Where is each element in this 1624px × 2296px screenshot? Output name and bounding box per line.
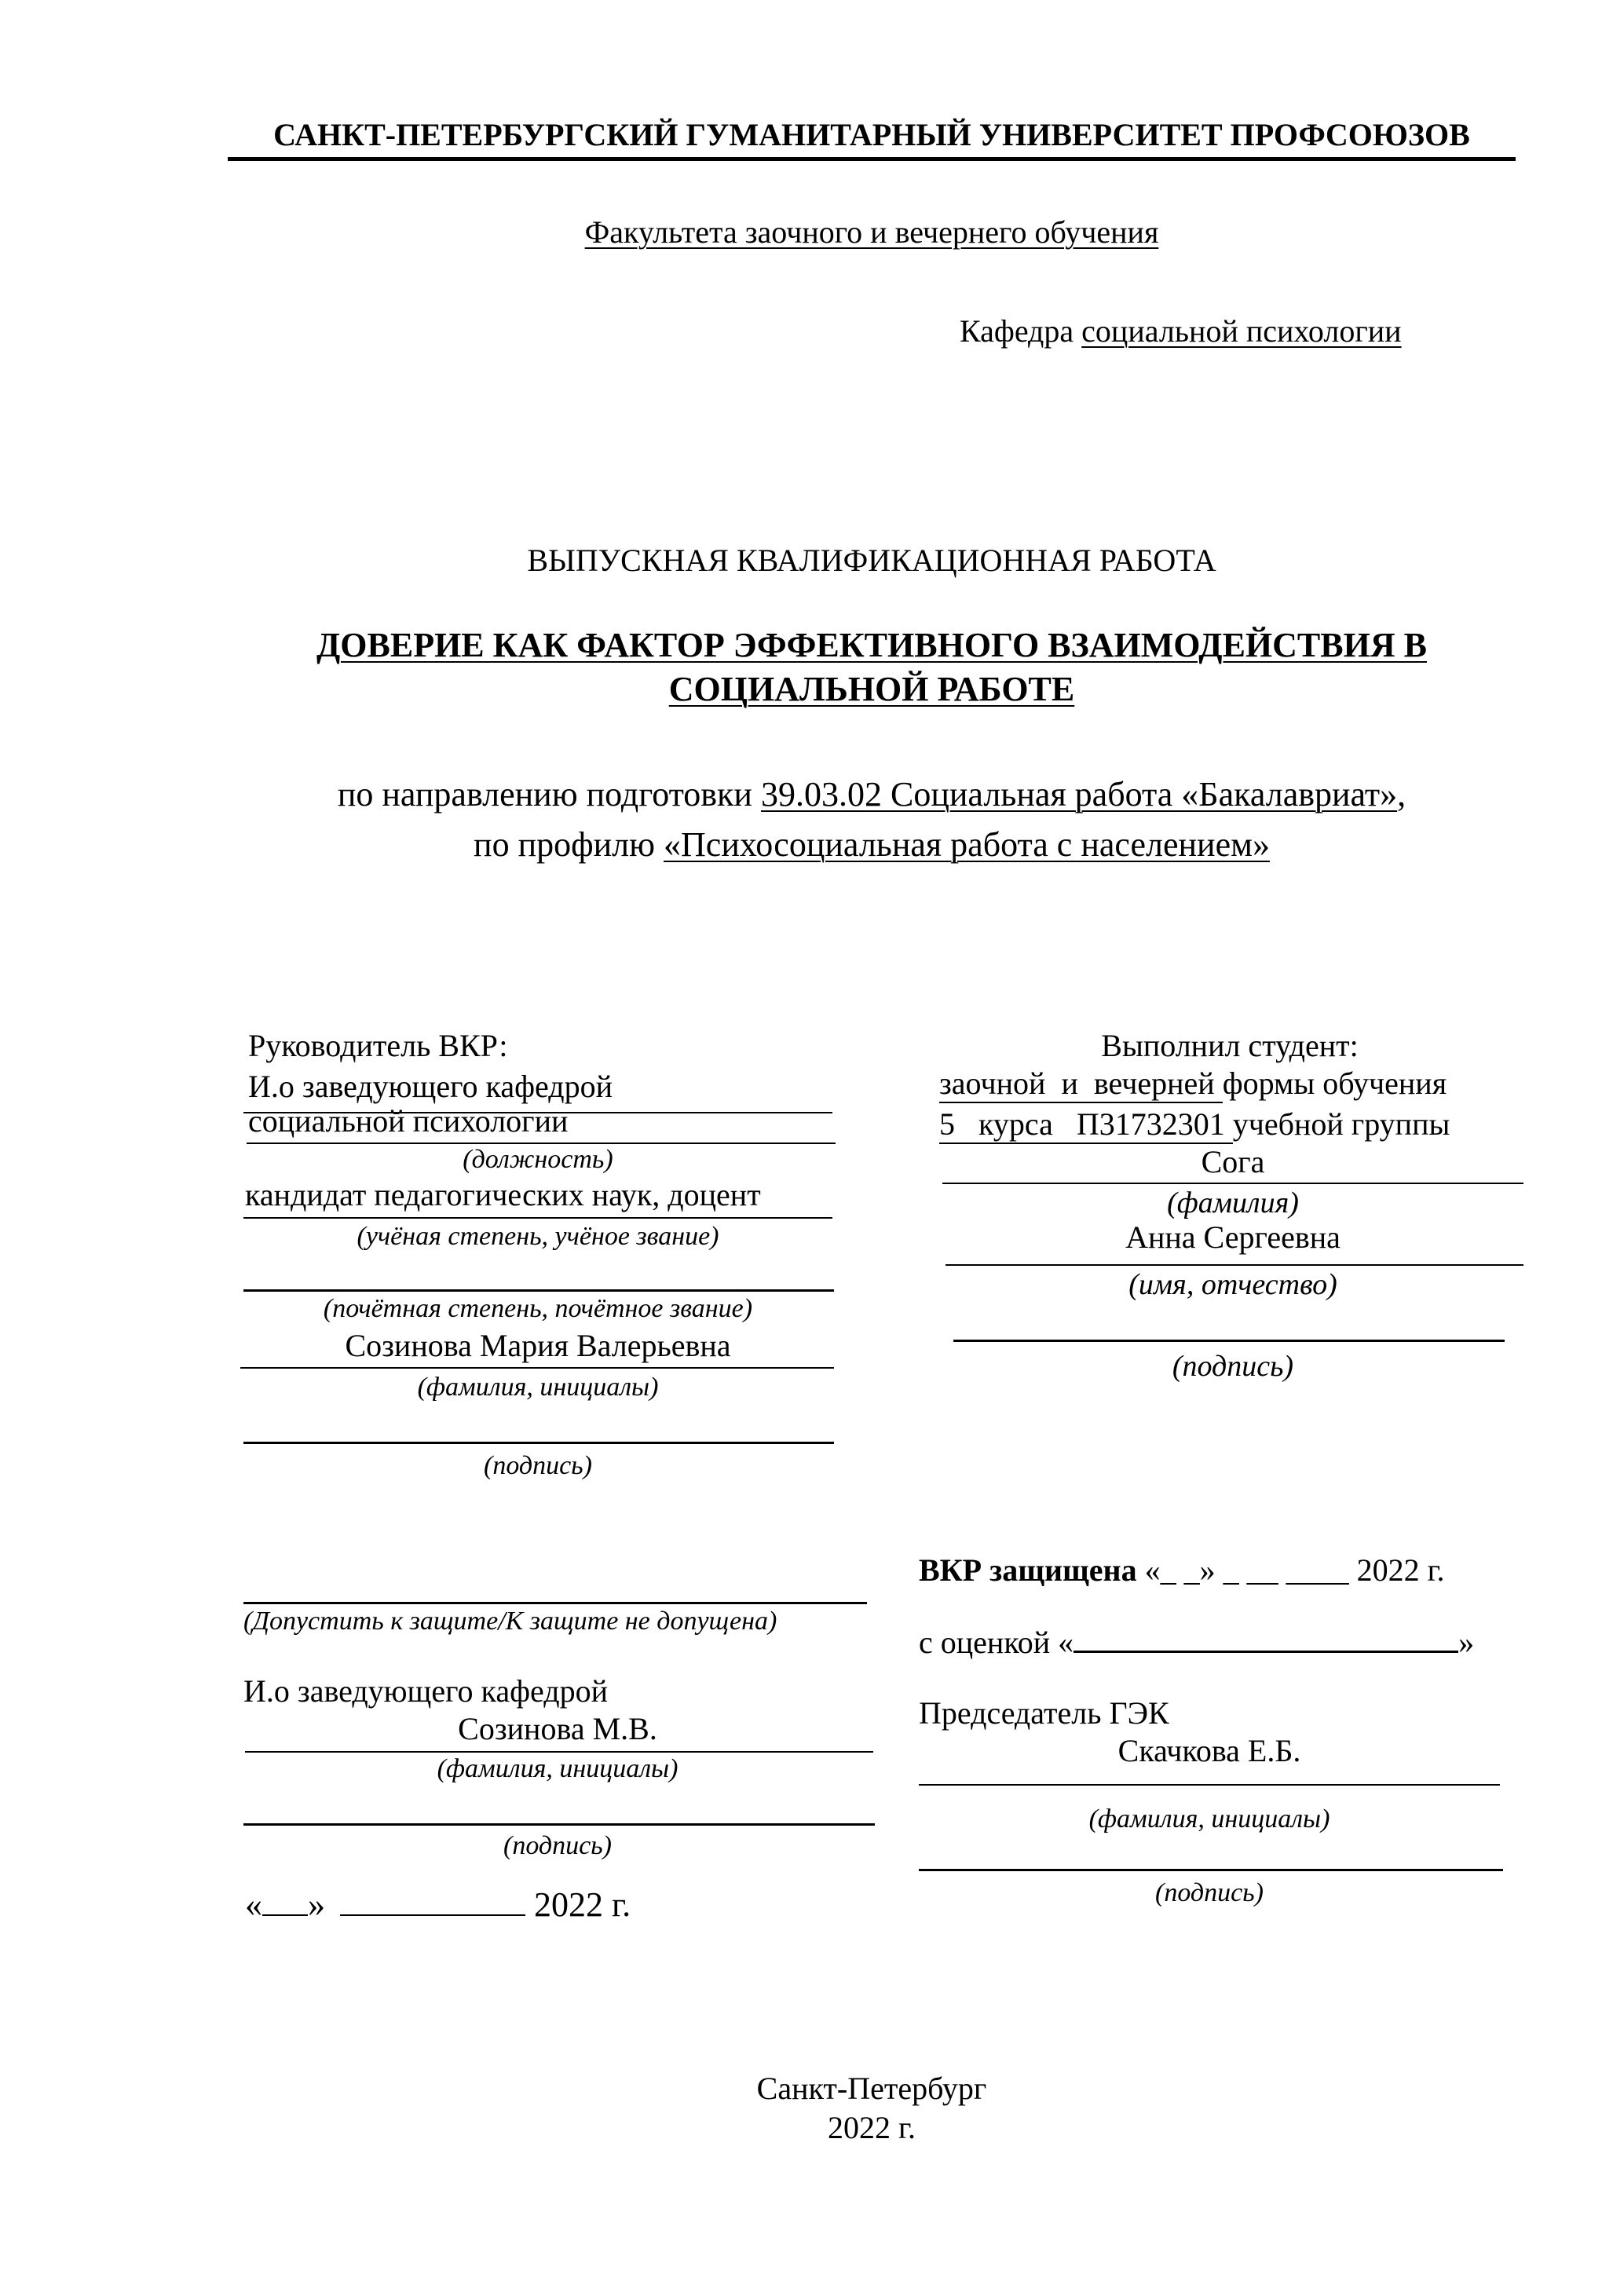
supervisor-degree-rule xyxy=(243,1217,832,1219)
defense-chair-name-hint: (фамилия, инициалы) xyxy=(919,1804,1500,1834)
supervisor-degree-hint: (учёная степень, учёное звание) xyxy=(243,1222,832,1252)
defense-grade-field[interactable] xyxy=(1074,1622,1458,1653)
faculty-text: Факультета заочного и вечернего обучения xyxy=(585,214,1159,250)
student-signature-hint: (подпись) xyxy=(942,1349,1523,1384)
supervisor-name: Созинова Мария Валерьевна xyxy=(243,1327,832,1364)
defense-label: ВКР защищена xyxy=(919,1552,1137,1588)
thesis-title-line1: ДОВЕРИЕ КАК ФАКТОР ЭФФЕКТИВНОГО ВЗАИМОДЕ… xyxy=(228,625,1516,665)
supervisor-position-line2: социальной психологии xyxy=(248,1102,568,1139)
direction-line: по направлению подготовки 39.03.02 Социа… xyxy=(228,774,1516,814)
header-rule xyxy=(228,157,1516,161)
admission-day-field[interactable] xyxy=(262,1888,308,1916)
thesis-title-text-2: СОЦИАЛЬНОЙ РАБОТЕ xyxy=(669,670,1075,708)
defense-chair-name-rule xyxy=(919,1784,1500,1786)
student-surname: Сога xyxy=(942,1143,1523,1180)
student-form-suffix: формы обучения xyxy=(1223,1066,1447,1101)
defense-signature-rule xyxy=(919,1869,1503,1871)
admission-head-name-hint: (фамилия, инициалы) xyxy=(243,1754,872,1784)
profile-line: по профилю «Психосоциальная работа с нас… xyxy=(228,824,1516,865)
student-surname-hint: (фамилия) xyxy=(942,1186,1523,1220)
supervisor-degree: кандидат педагогических наук, доцент xyxy=(245,1176,761,1213)
student-surname-rule xyxy=(942,1183,1523,1184)
defense-grade-close: » xyxy=(1458,1625,1474,1660)
date-open-quote: « xyxy=(245,1885,262,1924)
direction-suffix: , xyxy=(1397,775,1406,813)
footer-city: Санкт-Петербург xyxy=(228,2070,1516,2107)
admission-head-name: Созинова М.В. xyxy=(243,1710,872,1747)
date-close-quote: » xyxy=(308,1885,325,1924)
department: Кафедра социальной психологии xyxy=(960,313,1402,349)
department-name: социальной психологии xyxy=(1081,313,1401,349)
admission-signature-rule xyxy=(243,1823,875,1826)
defense-signature-hint: (подпись) xyxy=(919,1878,1500,1908)
admission-decision-hint: (Допустить к защите/К защите не допущена… xyxy=(243,1607,777,1636)
defense-date: «_ _» _ __ ____ 2022 г. xyxy=(1145,1552,1445,1588)
footer-year: 2022 г. xyxy=(228,2109,1516,2146)
supervisor-position-rule2 xyxy=(247,1143,836,1144)
thesis-title-text-1: ДОВЕРИЕ КАК ФАКТОР ЭФФЕКТИВНОГО ВЗАИМОДЕ… xyxy=(316,626,1427,664)
work-type: ВЫПУСКНАЯ КВАЛИФИКАЦИОННАЯ РАБОТА xyxy=(228,542,1516,579)
supervisor-name-rule xyxy=(240,1367,834,1369)
student-name-rule xyxy=(946,1264,1523,1266)
admission-decision-rule xyxy=(243,1602,867,1604)
faculty-name: Факультета заочного и вечернего обучения xyxy=(228,214,1516,250)
student-name-hint: (имя, отчество) xyxy=(942,1267,1523,1302)
student-form-value: заочной и вечерней xyxy=(939,1065,1223,1103)
supervisor-position-line1: И.о заведующего кафедрой xyxy=(248,1068,613,1105)
department-label: Кафедра xyxy=(960,313,1074,349)
student-name: Анна Сергеевна xyxy=(942,1219,1523,1256)
admission-date-year: 2022 г. xyxy=(534,1885,631,1924)
student-heading: Выполнил студент: xyxy=(939,1027,1520,1064)
supervisor-honorary-rule xyxy=(243,1289,834,1292)
defense-chair-label: Председатель ГЭК xyxy=(919,1695,1169,1731)
admission-date: «» 2022 г. xyxy=(245,1885,631,1925)
supervisor-signature-hint: (подпись) xyxy=(243,1451,832,1481)
admission-signature-hint: (подпись) xyxy=(243,1831,872,1861)
supervisor-signature-rule xyxy=(243,1442,834,1444)
student-signature-rule xyxy=(953,1340,1505,1342)
university-name: САНКТ-ПЕТЕРБУРГСКИЙ ГУМАНИТАРНЫЙ УНИВЕРС… xyxy=(228,116,1516,153)
defense-chair-name: Скачкова Е.Б. xyxy=(919,1732,1500,1769)
supervisor-honorary-hint: (почётная степень, почётное звание) xyxy=(243,1294,832,1324)
admission-head-position: И.о заведующего кафедрой xyxy=(243,1673,608,1709)
thesis-title-line2: СОЦИАЛЬНОЙ РАБОТЕ xyxy=(228,669,1516,709)
admission-head-name-rule xyxy=(245,1751,873,1753)
direction-value: 39.03.02 Социальная работа «Бакалавриат» xyxy=(761,775,1397,813)
profile-prefix: по профилю xyxy=(474,825,655,864)
student-course-line: 5 курса П31732301 учебной группы xyxy=(939,1106,1450,1144)
defense-line: ВКР защищена «_ _» _ __ ____ 2022 г. xyxy=(919,1552,1444,1589)
supervisor-heading: Руководитель ВКР: xyxy=(248,1027,508,1064)
student-course-value: 5 курса П31732301 xyxy=(939,1106,1233,1144)
defense-grade-line: с оценкой «» xyxy=(919,1622,1474,1661)
profile-value: «Психосоциальная работа с населением» xyxy=(664,825,1270,864)
defense-grade-label: с оценкой « xyxy=(919,1625,1074,1660)
student-course-suffix: учебной группы xyxy=(1233,1106,1450,1142)
direction-prefix: по направлению подготовки xyxy=(338,775,752,813)
supervisor-position-hint: (должность) xyxy=(243,1145,832,1175)
supervisor-name-hint: (фамилия, инициалы) xyxy=(243,1373,832,1402)
admission-month-field[interactable] xyxy=(340,1888,525,1916)
student-form-line: заочной и вечерней формы обучения xyxy=(939,1065,1447,1103)
